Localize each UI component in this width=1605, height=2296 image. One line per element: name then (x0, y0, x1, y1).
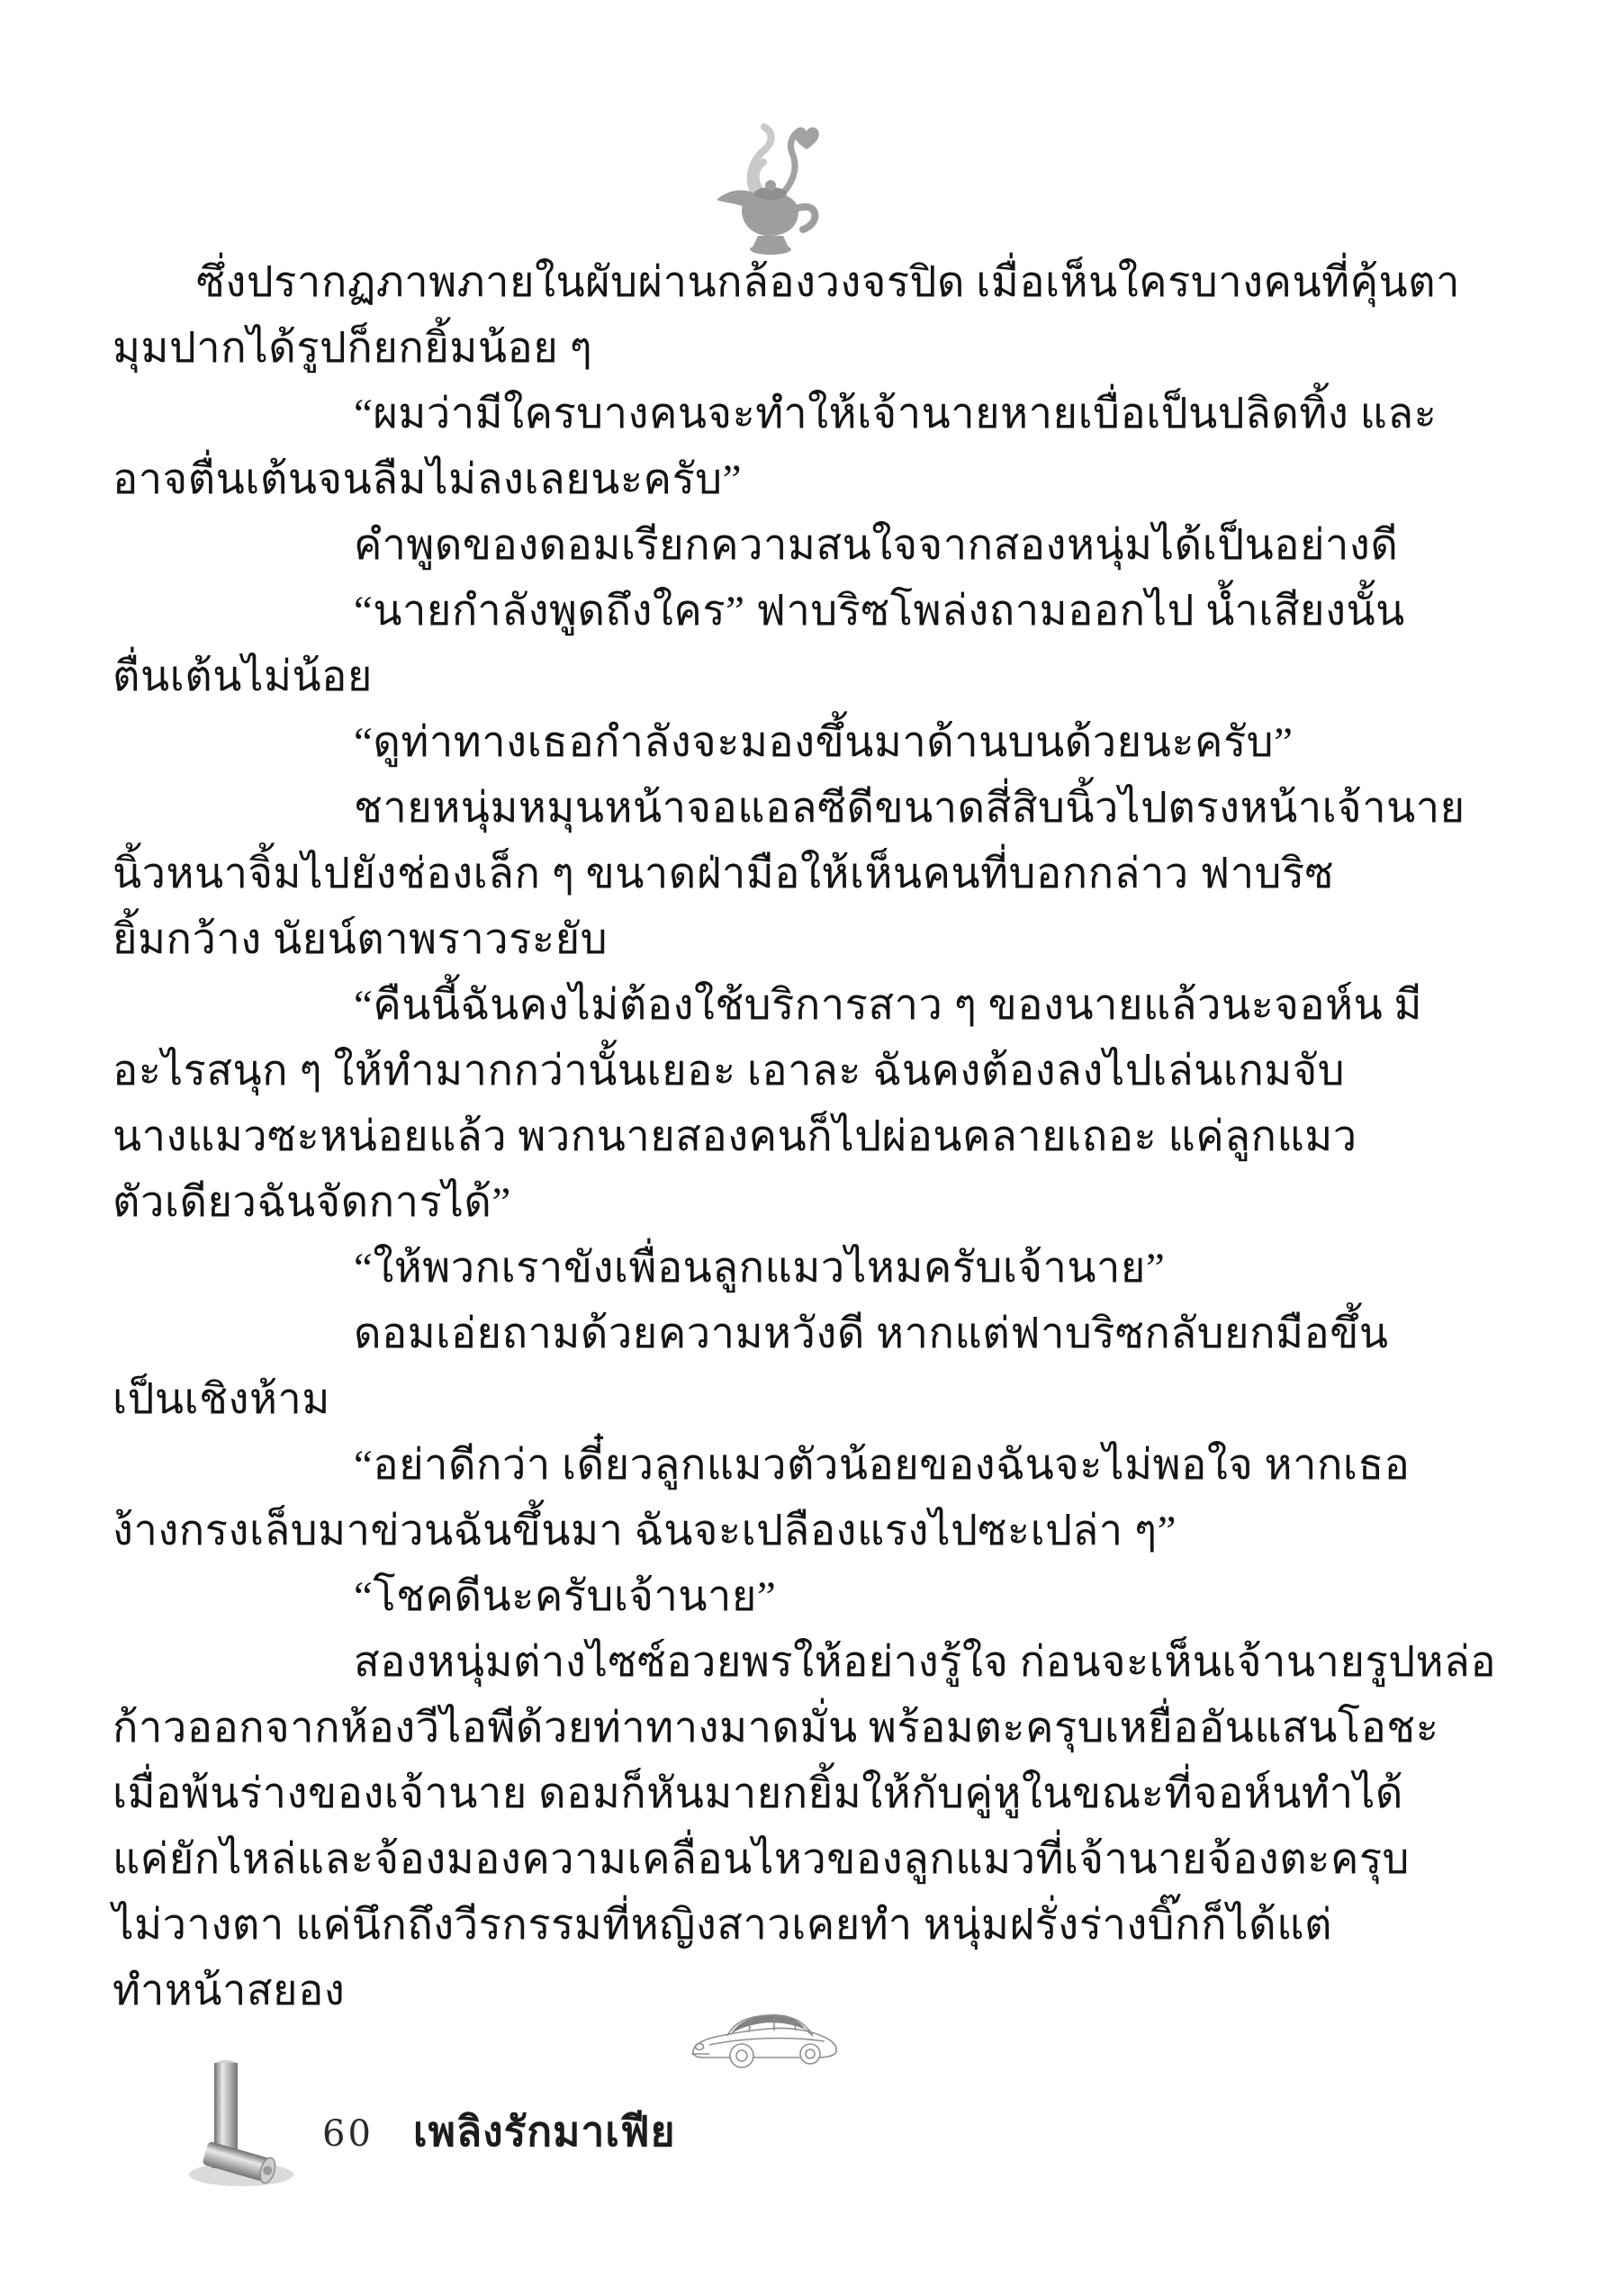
text-line: “คืนนี้ฉันคงไม่ต้องใช้บริการสาว ๆ ของนาย… (113, 973, 1474, 1039)
text-line: คำพูดของดอมเรียกความสนใจจากสองหนุ่มได้เป… (113, 513, 1474, 579)
book-title: เพลิงรักมาเฟีย (413, 2099, 676, 2165)
text-line: “ดูท่าทางเธอกำลังจะมองขึ้นมาด้านบนด้วยนะ… (113, 710, 1474, 776)
genie-lamp-icon (711, 122, 830, 263)
text-line: เมื่อพ้นร่างของเจ้านาย ดอมก็หันมายกยิ้มใ… (113, 1761, 1474, 1827)
page-footer: 60 เพลิงรักมาเฟีย (322, 2099, 676, 2165)
text-line: เป็นเชิงห้าม (113, 1367, 1474, 1433)
text-line: นางแมวซะหน่อยแล้ว พวกนายสองคนก็ไปผ่อนคลา… (113, 1104, 1474, 1170)
bullet-cartridges-icon (178, 2054, 299, 2192)
text-line: ง้างกรงเล็บมาข่วนฉันขึ้นมา ฉันจะเปลืองแร… (113, 1499, 1474, 1564)
text-line: “ผมว่ามีใครบางคนจะทำให้เจ้านายหายเบื่อเป… (113, 382, 1474, 447)
text-line: “ให้พวกเราขังเพื่อนลูกแมวไหมครับเจ้านาย” (113, 1236, 1474, 1301)
text-line: นิ้วหนาจิ้มไปยังช่องเล็ก ๆ ขนาดฝ่ามือให้… (113, 842, 1474, 907)
text-line: อาจตื่นเต้นจนลืมไม่ลงเลยนะครับ” (113, 447, 1474, 513)
text-line: ตื่นเต้นไม่น้อย (113, 644, 1474, 710)
text-line: “นายกำลังพูดถึงใคร” ฟาบริซโพล่งถามออกไป … (113, 579, 1474, 644)
text-line: ไม่วางตา แค่นึกถึงวีรกรรมที่หญิงสาวเคยทำ… (113, 1893, 1474, 1958)
text-line: แค่ยักไหล่และจ้องมองความเคลื่อนไหวของลูก… (113, 1827, 1474, 1893)
page-number: 60 (322, 2113, 374, 2155)
text-block: ซึ่งปรากฏภาพภายในผับผ่านกล้องวงจรปิด เมื… (113, 250, 1474, 2024)
text-line: ก้าวออกจากห้องวีไอพีด้วยท่าทางมาดมั่น พร… (113, 1696, 1474, 1761)
text-line: ซึ่งปรากฏภาพภายในผับผ่านกล้องวงจรปิด เมื… (113, 250, 1474, 316)
text-line: ยิ้มกว้าง นัยน์ตาพราวระยับ (113, 907, 1474, 973)
text-line: ตัวเดียวฉันจัดการได้” (113, 1170, 1474, 1236)
text-line: สองหนุ่มต่างไซซ์อวยพรให้อย่างรู้ใจ ก่อนจ… (113, 1630, 1474, 1696)
text-line: ชายหนุ่มหมุนหน้าจอแอลซีดีขนาดสี่สิบนิ้วไ… (113, 776, 1474, 842)
text-line: “โชคดีนะครับเจ้านาย” (113, 1564, 1474, 1630)
text-line: “อย่าดีกว่า เดี๋ยวลูกแมวตัวน้อยของฉันจะไ… (113, 1433, 1474, 1499)
text-line: อะไรสนุก ๆ ให้ทำมากกว่านั้นเยอะ เอาละ ฉั… (113, 1039, 1474, 1104)
text-line: ดอมเอ่ยถามด้วยความหวังดี หากแต่ฟาบริซกลั… (113, 1301, 1474, 1367)
classic-car-icon (690, 1998, 841, 2075)
text-line: มุมปากได้รูปก็ยกยิ้มน้อย ๆ (113, 316, 1474, 382)
book-page: ซึ่งปรากฏภาพภายในผับผ่านกล้องวงจรปิด เมื… (0, 0, 1605, 2296)
